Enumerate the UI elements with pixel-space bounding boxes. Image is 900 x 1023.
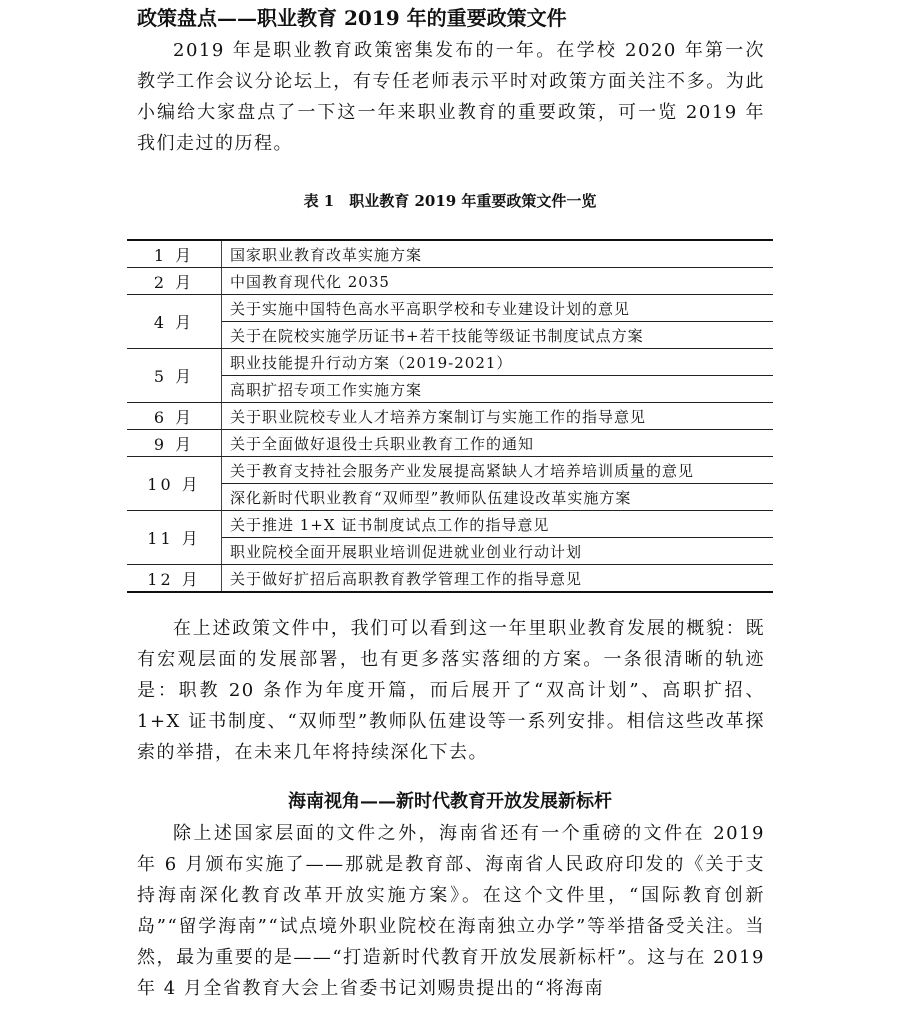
doc-cell: 关于做好扩招后高职教育教学管理工作的指导意见 xyxy=(222,565,774,593)
table-row: 高职扩招专项工作实施方案 xyxy=(127,376,773,403)
section-title-policy-review: 政策盘点——职业教育 2019 年的重要政策文件 xyxy=(137,2,567,31)
month-cell: 11 月 xyxy=(127,511,222,565)
summary-paragraph: 在上述政策文件中，我们可以看到这一年里职业教育发展的概貌：既有宏观层面的发展部署… xyxy=(137,613,765,768)
doc-cell: 国家职业教育改革实施方案 xyxy=(222,240,774,268)
table-row: 深化新时代职业教育“双师型”教师队伍建设改革实施方案 xyxy=(127,484,773,511)
table-row: 9 月关于全面做好退役士兵职业教育工作的通知 xyxy=(127,430,773,457)
table-row: 1 月国家职业教育改革实施方案 xyxy=(127,240,773,268)
table-row: 关于在院校实施学历证书+若干技能等级证书制度试点方案 xyxy=(127,322,773,349)
table-row: 6 月关于职业院校专业人才培养方案制订与实施工作的指导意见 xyxy=(127,403,773,430)
month-cell: 10 月 xyxy=(127,457,222,511)
table-row: 11 月关于推进 1+X 证书制度试点工作的指导意见 xyxy=(127,511,773,538)
table-row: 2 月中国教育现代化 2035 xyxy=(127,268,773,295)
table-row: 10 月关于教育支持社会服务产业发展提高紧缺人才培养培训质量的意见 xyxy=(127,457,773,484)
policy-table: 1 月国家职业教育改革实施方案 2 月中国教育现代化 2035 4 月关于实施中… xyxy=(127,239,773,593)
doc-cell: 职业院校全面开展职业培训促进就业创业行动计划 xyxy=(222,538,774,565)
month-cell: 4 月 xyxy=(127,295,222,349)
hainan-paragraph: 除上述国家层面的文件之外，海南省还有一个重磅的文件在 2019 年 6 月颁布实… xyxy=(137,818,765,1004)
intro-text: 2019 年是职业教育政策密集发布的一年。在学校 2020 年第一次教学工作会议… xyxy=(137,35,765,159)
table-row: 4 月关于实施中国特色高水平高职学校和专业建设计划的意见 xyxy=(127,295,773,322)
doc-cell: 中国教育现代化 2035 xyxy=(222,268,774,295)
doc-cell: 关于实施中国特色高水平高职学校和专业建设计划的意见 xyxy=(222,295,774,322)
table-row: 5 月职业技能提升行动方案（2019-2021） xyxy=(127,349,773,376)
month-cell: 12 月 xyxy=(127,565,222,593)
doc-cell: 关于教育支持社会服务产业发展提高紧缺人才培养培训质量的意见 xyxy=(222,457,774,484)
month-cell: 2 月 xyxy=(127,268,222,295)
doc-cell: 职业技能提升行动方案（2019-2021） xyxy=(222,349,774,376)
month-cell: 1 月 xyxy=(127,240,222,268)
doc-cell: 深化新时代职业教育“双师型”教师队伍建设改革实施方案 xyxy=(222,484,774,511)
table-caption: 表 1 职业教育 2019 年重要政策文件一览 xyxy=(0,190,900,211)
doc-cell: 关于在院校实施学历证书+若干技能等级证书制度试点方案 xyxy=(222,322,774,349)
doc-cell: 高职扩招专项工作实施方案 xyxy=(222,376,774,403)
month-cell: 9 月 xyxy=(127,430,222,457)
table-row: 职业院校全面开展职业培训促进就业创业行动计划 xyxy=(127,538,773,565)
doc-cell: 关于全面做好退役士兵职业教育工作的通知 xyxy=(222,430,774,457)
table-row: 12 月关于做好扩招后高职教育教学管理工作的指导意见 xyxy=(127,565,773,593)
doc-cell: 关于推进 1+X 证书制度试点工作的指导意见 xyxy=(222,511,774,538)
doc-cell: 关于职业院校专业人才培养方案制订与实施工作的指导意见 xyxy=(222,403,774,430)
hainan-text: 除上述国家层面的文件之外，海南省还有一个重磅的文件在 2019 年 6 月颁布实… xyxy=(137,818,765,1004)
intro-paragraph: 2019 年是职业教育政策密集发布的一年。在学校 2020 年第一次教学工作会议… xyxy=(137,35,765,159)
month-cell: 6 月 xyxy=(127,403,222,430)
section-title-hainan: 海南视角——新时代教育开放发展新标杆 xyxy=(0,787,900,813)
summary-text: 在上述政策文件中，我们可以看到这一年里职业教育发展的概貌：既有宏观层面的发展部署… xyxy=(137,613,765,768)
month-cell: 5 月 xyxy=(127,349,222,403)
